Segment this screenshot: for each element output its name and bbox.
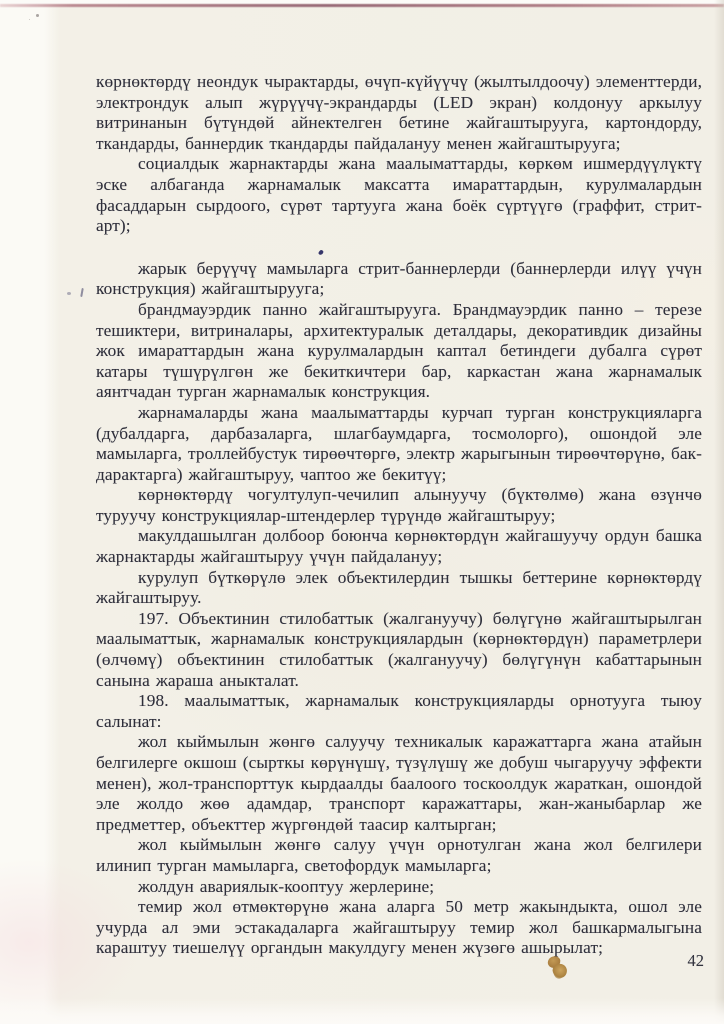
paragraph: 197. Объектинин стилобаттык (жалгануучу)…	[96, 609, 702, 691]
paragraph: жолдун авариялык-кооптуу жерлерине;	[96, 877, 702, 898]
document-text-block: көрнөктөрдү неондук чырактарды, өчүп-күй…	[96, 72, 702, 959]
paragraph: көрнөктөрдү неондук чырактарды, өчүп-күй…	[96, 72, 702, 154]
page-number: 42	[688, 951, 705, 971]
paragraph: брандмауэрдик панно жайгаштырууга. Бранд…	[96, 300, 702, 403]
paragraph: жарык берүүчү мамыларга стрит-баннерлерд…	[96, 259, 702, 300]
paragraph: жол кыймылын жөнгө салуу үчүн орнотулган…	[96, 835, 702, 876]
scanned-page: көрнөктөрдү неондук чырактарды, өчүп-күй…	[0, 0, 724, 1024]
scan-edge-line	[0, 4, 724, 7]
paragraph: 198. маалыматтык, жарнамалык конструкция…	[96, 691, 702, 732]
paragraph: макулдашылган долбоор боюнча көрнөктөрдү…	[96, 526, 702, 567]
pen-mark	[80, 288, 84, 297]
paragraph: социалдык жарнактарды жана маалыматтарды…	[96, 154, 702, 236]
pen-mark	[67, 292, 71, 295]
stain	[546, 956, 570, 980]
paragraph: жарнамаларды жана маалыматтарды курчап т…	[96, 403, 702, 485]
paragraph: көрнөктөрдү чогултулуп-чечилип алынуучу …	[96, 485, 702, 526]
dust-speck	[36, 14, 39, 17]
page-right-shadow	[714, 0, 724, 1024]
paragraph: темир жол өтмөктөрүнө жана аларга 50 мет…	[96, 897, 702, 959]
paragraph: жол кыймылын жөнгө салуучу техникалык ка…	[96, 732, 702, 835]
paragraph: курулуп бүткөрүлө элек объектилердин тыш…	[96, 568, 702, 609]
